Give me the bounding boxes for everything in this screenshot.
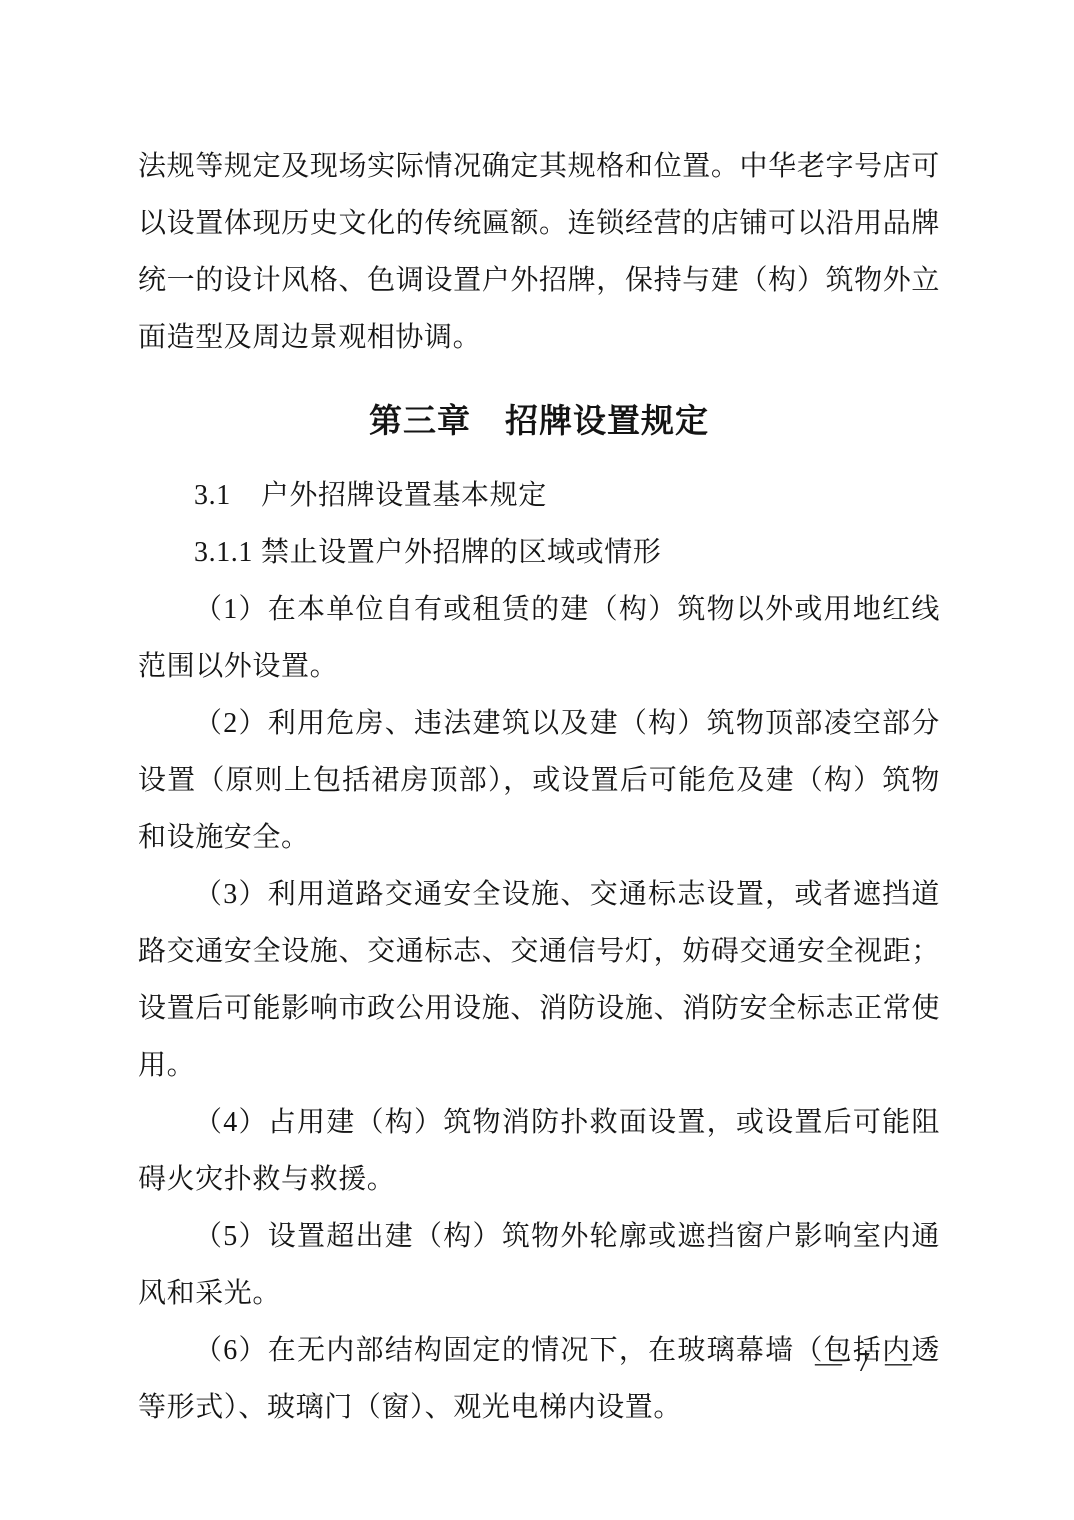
clause-paragraph: （2）利用危房、违法建筑以及建（构）筑物顶部凌空部分设置（原则上包括裙房顶部），… [138,695,940,866]
clause-list: （1）在本单位自有或租赁的建（构）筑物以外或用地红线范围以外设置。（2）利用危房… [138,581,940,1436]
subsection-heading: 3.1.1禁止设置户外招牌的区域或情形 [138,524,940,581]
chapter-heading: 第三章 招牌设置规定 [138,392,940,449]
subsection-number: 3.1.1 [194,537,253,568]
clause-paragraph: （3）利用道路交通安全设施、交通标志设置，或者遮挡道路交通安全设施、交通标志、交… [138,866,940,1094]
subsection-title: 禁止设置户外招牌的区域或情形 [261,537,661,568]
clause-paragraph: （4）占用建（构）筑物消防扑救面设置，或设置后可能阻碍火灾扑救与救援。 [138,1094,940,1208]
page-number: — 7 — [815,1342,916,1382]
clause-paragraph: （1）在本单位自有或租赁的建（构）筑物以外或用地红线范围以外设置。 [138,581,940,695]
section-title: 户外招牌设置基本规定 [261,480,547,511]
continuation-paragraph: 法规等规定及现场实际情况确定其规格和位置。中华老字号店可以设置体现历史文化的传统… [138,138,940,366]
section-number: 3.1 [194,480,231,511]
clause-paragraph: （5）设置超出建（构）筑物外轮廓或遮挡窗户影响室内通风和采光。 [138,1208,940,1322]
section-heading: 3.1户外招牌设置基本规定 [138,467,940,524]
document-page: 法规等规定及现场实际情况确定其规格和位置。中华老字号店可以设置体现历史文化的传统… [0,0,1074,1520]
